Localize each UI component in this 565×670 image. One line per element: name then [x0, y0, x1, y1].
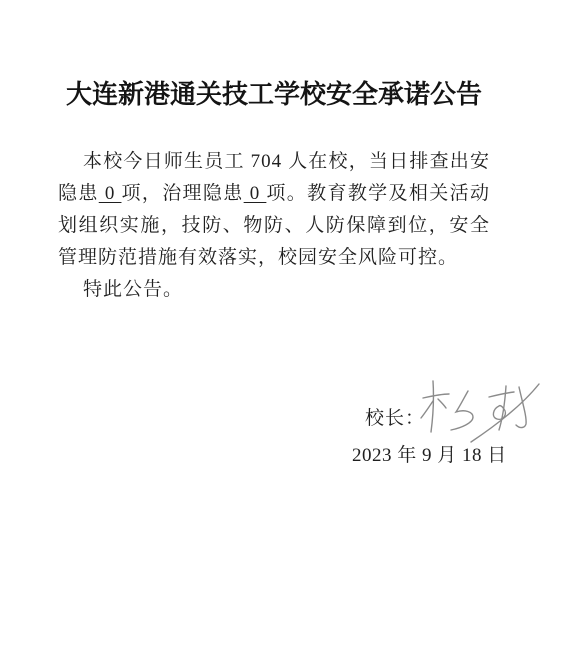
body-line-1-text: 本校今日师生员工 704 人在校，当日排查出安全: [58, 151, 490, 178]
body-line-5-text: 特此公告。: [83, 279, 183, 300]
body-line-3: 划组织实施，技防、物防、人防保障到位，安全教育: [58, 210, 490, 242]
body-line-2-text-b: 项，治理隐患: [121, 183, 243, 204]
body-line-3-text: 划组织实施，技防、物防、人防保障到位，安全教育: [58, 215, 490, 242]
body-line-2: 隐患 0 项，治理隐患 0 项。教育教学及相关活动按计: [58, 178, 490, 210]
notice-body: 本校今日师生员工 704 人在校，当日排查出安全 隐患 0 项，治理隐患 0 项…: [58, 146, 490, 306]
principal-handwritten-signature: [395, 365, 545, 445]
body-line-1: 本校今日师生员工 704 人在校，当日排查出安全: [58, 146, 490, 178]
body-line-5: 特此公告。: [58, 274, 490, 306]
body-line-2-text-a: 隐患: [58, 183, 99, 204]
body-line-4-text: 管理防范措施有效落实，校园安全风险可控。: [58, 247, 458, 268]
notice-date: 2023 年 9 月 18 日: [352, 440, 507, 467]
hazards-found-count: 0: [99, 183, 122, 204]
body-line-4: 管理防范措施有效落实，校园安全风险可控。: [58, 242, 490, 274]
hazards-treated-count: 0: [244, 183, 267, 204]
notice-document-page: 大连新港通关技工学校安全承诺公告 本校今日师生员工 704 人在校，当日排查出安…: [0, 0, 565, 670]
notice-title: 大连新港通关技工学校安全承诺公告: [58, 76, 490, 112]
